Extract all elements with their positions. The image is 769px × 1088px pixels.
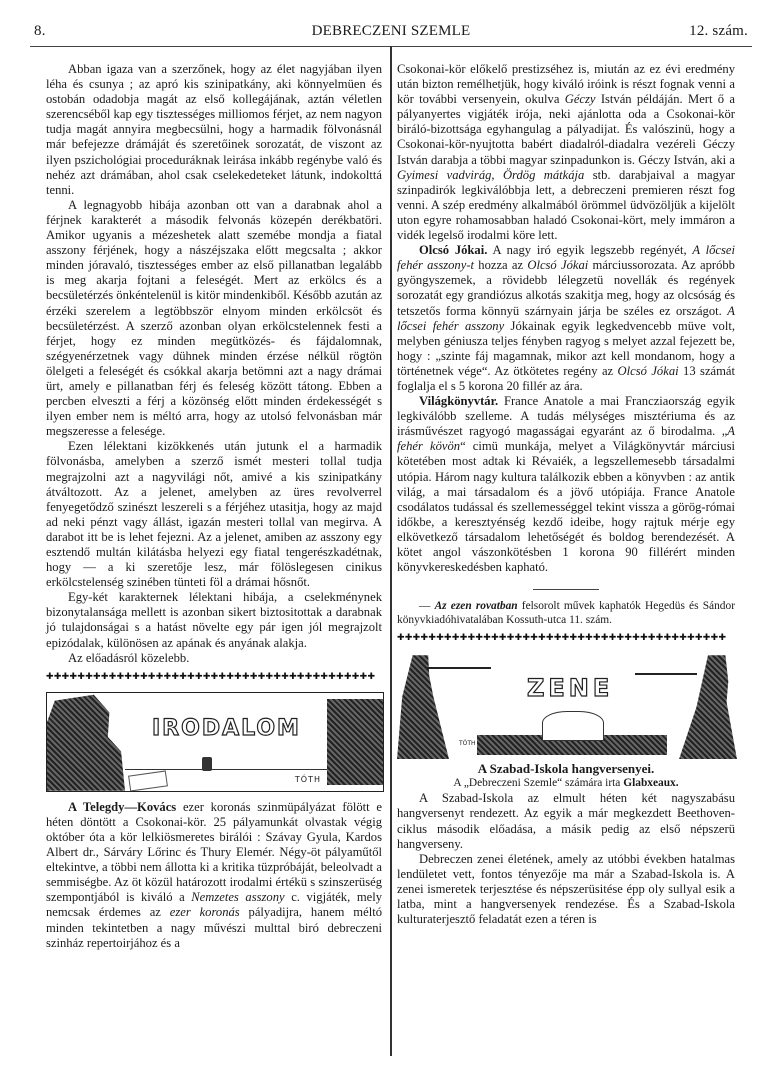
author-name: Glabxeaux. [623,777,678,789]
issue-number: 12. szám. [689,23,748,40]
artist-signature: TÓTH [459,736,476,751]
paragraph: Egy-két karakternek lélektani hibája, a … [46,590,382,650]
trumpet-right-icon [635,673,697,675]
paragraph: Ezen lélektani kizökkenés után jutunk el… [46,439,382,590]
trumpeter-right-illustration [679,655,737,759]
byline-text: A „Debreczeni Szemle“ számára irta [453,777,623,789]
olcso-jokai-paragraph: Olcsó Jókai. A nagy iró egyik legszebb r… [397,243,735,394]
series-name: Olcsó Jókai [527,258,588,272]
prize-name: ezer koronás [170,905,240,919]
text: hozza az [474,258,527,272]
paragraph: Az előadásról közelebb. [46,651,382,666]
monument-illustration [542,711,604,741]
series-name: Olcsó Jókai [618,364,679,378]
trumpeter-left-illustration [397,655,449,759]
text: A nagy iró egyik legszebb regényét, [487,243,692,257]
inkwell-icon [202,757,212,771]
note-italic: Az ezen rovatban [435,600,518,612]
journal-title: DEBRECZENI SZEMLE [30,23,752,40]
paragraph: Debreczen zenei életének, amely az utóbb… [397,852,735,927]
right-column: Csokonai-kör előkelő prestizséhez is, mi… [397,62,735,927]
play-titles: Gyimesi vadvirág, Ördög mátkája [397,168,584,182]
vilagkonyvtar-paragraph: Világkönyvtár. France Anatole a mai Fran… [397,394,735,575]
bookshelf-illustration [327,699,383,785]
lead-bold: A Telegdy—Kovács [68,800,176,814]
availability-note: — Az ezen rovatban felsorolt művek kapha… [397,600,735,627]
zene-banner: ZENE TÓTH [397,653,737,761]
short-rule [533,589,599,590]
column-divider [390,46,392,1056]
lead-bold: Olcsó Jókai. [419,243,487,257]
text: “ cimü munkája, melyet a Világkönyvtár m… [397,439,735,574]
paragraph: A legnagyobb hibája azonban ott van a da… [46,198,382,440]
page-header: 8. DEBRECZENI SZEMLE 12. szám. [30,20,752,47]
play-title: Nemzetes asszony [191,890,284,904]
ornament-divider: ✚✚✚✚✚✚✚✚✚✚✚✚✚✚✚✚✚✚✚✚✚✚✚✚✚✚✚✚✚✚✚✚✚✚✚✚✚✚✚✚… [397,633,735,643]
banner-title: ZENE [527,681,613,696]
left-column: Abban igaza van a szerzőnek, hogy az éle… [46,62,382,951]
dash: — [419,600,435,612]
lead-bold: Világkönyvtár. [419,394,498,408]
desk-line [125,769,327,771]
writer-illustration [47,693,125,791]
ornament-divider: ✚✚✚✚✚✚✚✚✚✚✚✚✚✚✚✚✚✚✚✚✚✚✚✚✚✚✚✚✚✚✚✚✚✚✚✚✚✚✚✚… [46,672,382,682]
author-name: Géczy [565,92,596,106]
paragraph: Csokonai-kör előkelő prestizséhez is, mi… [397,62,735,243]
article-title: A Szabad-Iskola hangversenyei. [397,761,735,776]
irodalom-banner: IRODALOM TÓTH [46,692,384,792]
paragraph: Abban igaza van a szerzőnek, hogy az éle… [46,62,382,198]
irodalom-paragraph: A Telegdy—Kovács ezer koronás szinmüpály… [46,800,382,951]
paragraph: A Szabad-Iskola az elmult héten két nagy… [397,791,735,851]
papers-illustration [128,770,168,791]
artist-signature: TÓTH [295,772,321,787]
text: ezer koronás szinmüpályázat fölött e hét… [46,800,382,905]
byline: A „Debreczeni Szemle“ számára irta Glabx… [397,776,735,791]
trumpet-left-icon [427,667,491,669]
banner-title: IRODALOM [152,721,301,736]
